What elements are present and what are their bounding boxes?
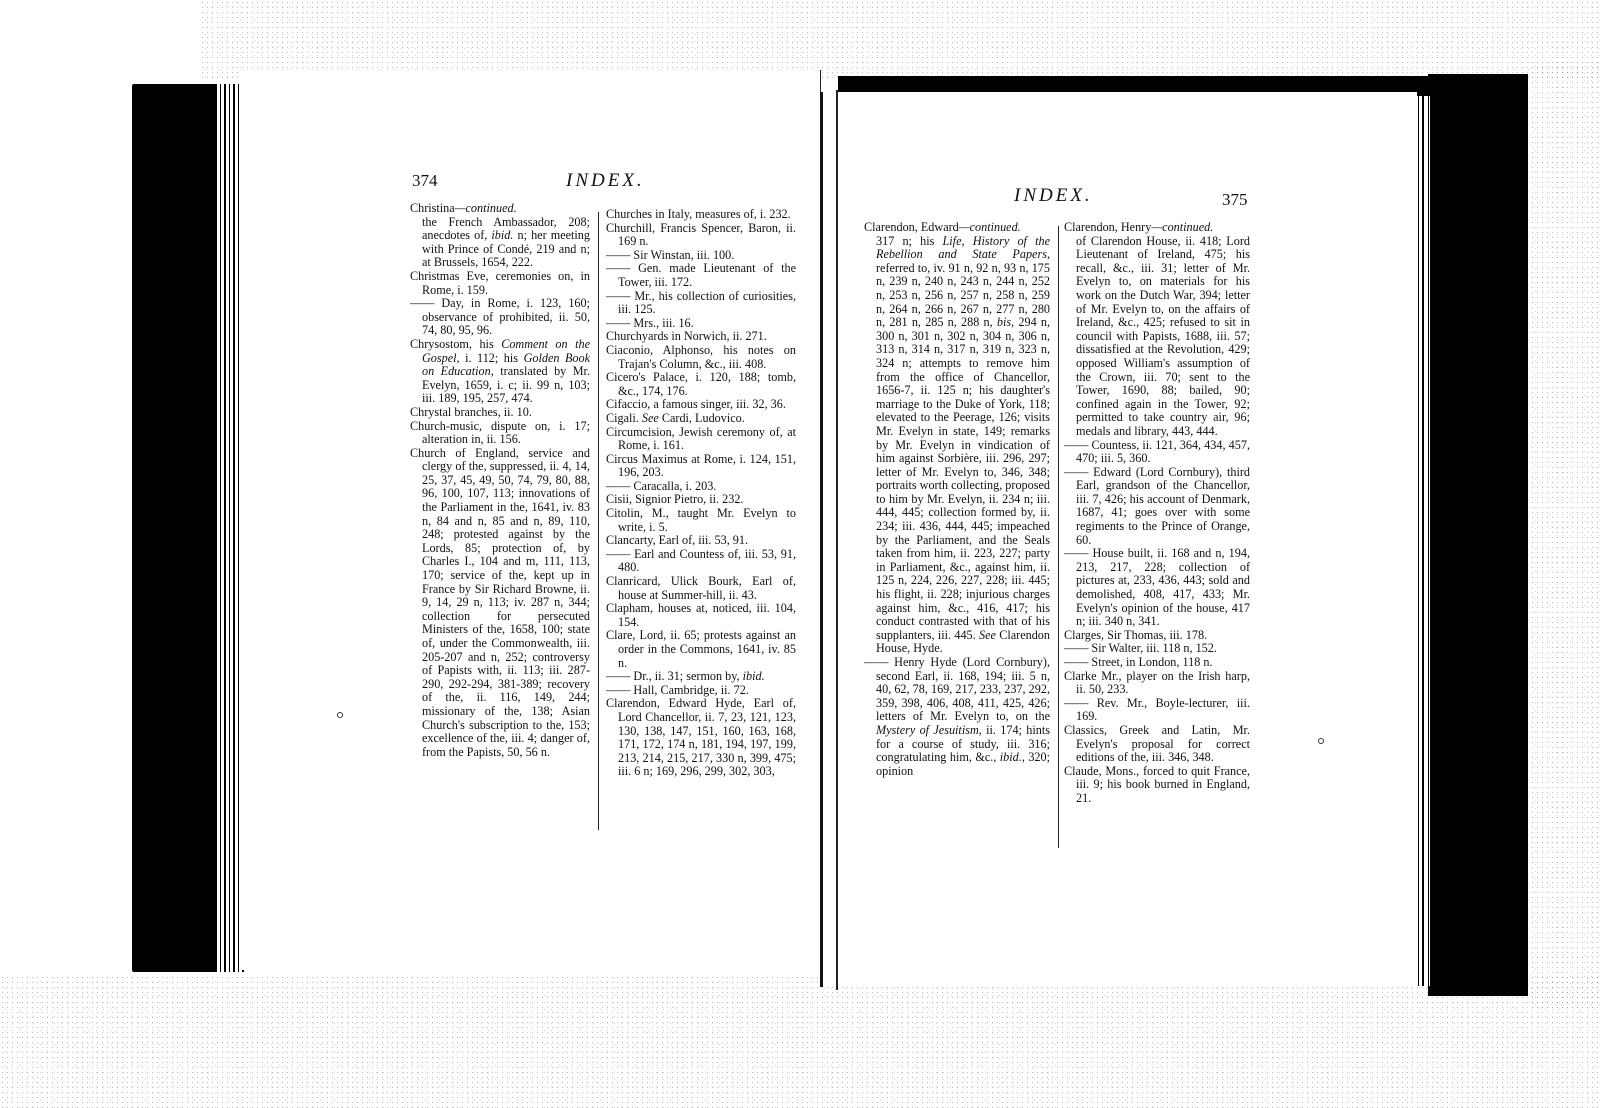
index-entry: Cigali. See Cardi, Ludovico.: [606, 412, 796, 426]
index-entry: Chrystal branches, ii. 10.: [410, 406, 590, 420]
scan-noise-right: [1530, 60, 1600, 1010]
right-page-column-2: Clarendon, Henry—continued.of Clarendon …: [1064, 221, 1250, 806]
left-page-number: 374: [412, 171, 438, 191]
index-entry: —— Street, in London, 118 n.: [1064, 656, 1250, 670]
index-entry: Claude, Mons., forced to quit France, ii…: [1064, 765, 1250, 806]
index-entry: —— Rev. Mr., Boyle-lecturer, iii. 169.: [1064, 697, 1250, 724]
index-entry: —— Sir Walter, iii. 118 n, 152.: [1064, 642, 1250, 656]
index-entry: —— Henry Hyde (Lord Cornbury), second Ea…: [864, 656, 1050, 778]
index-entry: of Clarendon House, ii. 418; Lord Lieute…: [1064, 235, 1250, 439]
index-entry: Ciaconio, Alphonso, his notes on Trajan'…: [606, 344, 796, 371]
index-entry: —— Edward (Lord Cornbury), third Earl, g…: [1064, 466, 1250, 548]
right-page-column-1: Clarendon, Edward—continued.317 n; his L…: [864, 221, 1050, 778]
index-entry: Christina—continued.: [410, 202, 590, 216]
index-entry: 317 n; his Life, History of the Rebellio…: [864, 235, 1050, 656]
index-entry: Circumcision, Jewish ceremony of, at Rom…: [606, 426, 796, 453]
index-entry: —— Earl and Countess of, iii. 53, 91, 48…: [606, 548, 796, 575]
book-gutter: [836, 90, 838, 990]
book-cover-right: [1428, 74, 1528, 996]
column-divider-left: [598, 212, 599, 830]
index-entry: Chrysostom, his Comment on the Gospel, i…: [410, 338, 590, 406]
index-entry: the French Ambassador, 208; anecdotes of…: [410, 216, 590, 270]
index-entry: —— Hall, Cambridge, ii. 72.: [606, 684, 796, 698]
index-entry: —— Caracalla, i. 203.: [606, 480, 796, 494]
index-entry: —— Gen. made Lieutenant of the Tower, ii…: [606, 262, 796, 289]
index-entry: Classics, Greek and Latin, Mr. Evelyn's …: [1064, 724, 1250, 765]
index-entry: —— Sir Winstan, iii. 100.: [606, 249, 796, 263]
index-entry: —— Countess, ii. 121, 364, 434, 457, 470…: [1064, 439, 1250, 466]
scan-noise-bottom: [0, 975, 1600, 1108]
index-entry: Clarendon, Edward Hyde, Earl of, Lord Ch…: [606, 697, 796, 779]
index-entry: Clapham, houses at, noticed, iii. 104, 1…: [606, 602, 796, 629]
index-entry: Churchyards in Norwich, ii. 271.: [606, 330, 796, 344]
index-entry: Cicero's Palace, i. 120, 188; tomb, &c.,…: [606, 371, 796, 398]
index-entry: Clarendon, Henry—continued.: [1064, 221, 1250, 235]
left-page-column-2: Churches in Italy, measures of, i. 232.C…: [606, 208, 796, 779]
index-entry: Clare, Lord, ii. 65; protests against an…: [606, 629, 796, 670]
index-entry: Church-music, dispute on, i. 17; alterat…: [410, 420, 590, 447]
index-entry: Cifaccio, a famous singer, iii. 32, 36.: [606, 398, 796, 412]
left-running-head: INDEX.: [566, 170, 645, 192]
index-entry: —— House built, ii. 168 and n, 194, 213,…: [1064, 547, 1250, 629]
index-entry: —— Mr., his collection of curiosities, i…: [606, 290, 796, 317]
index-entry: Citolin, M., taught Mr. Evelyn to write,…: [606, 507, 796, 534]
index-entry: Churches in Italy, measures of, i. 232.: [606, 208, 796, 222]
scan-noise-top: [200, 0, 1600, 80]
index-entry: Christmas Eve, ceremonies on, in Rome, i…: [410, 270, 590, 297]
index-entry: —— Day, in Rome, i. 123, 160; observance…: [410, 297, 590, 338]
index-entry: Clarke Mr., player on the Irish harp, ii…: [1064, 670, 1250, 697]
index-entry: Churchill, Francis Spencer, Baron, ii. 1…: [606, 222, 796, 249]
index-entry: —— Mrs., iii. 16.: [606, 317, 796, 331]
scan-artifact-dot: [1318, 738, 1324, 744]
index-entry: Circus Maximus at Rome, i. 124, 151, 196…: [606, 453, 796, 480]
scan-artifact-dot: [337, 712, 343, 718]
right-running-head: INDEX.: [1014, 185, 1093, 207]
index-entry: —— Dr., ii. 31; sermon by, ibid.: [606, 670, 796, 684]
index-entry: Clanricard, Ulick Bourk, Earl of, house …: [606, 575, 796, 602]
right-page-number: 375: [1222, 190, 1248, 210]
column-divider-right: [1058, 226, 1059, 848]
left-page-column-1: Christina—continued.the French Ambassado…: [410, 202, 590, 759]
index-entry: Clarendon, Edward—continued.: [864, 221, 1050, 235]
index-entry: Clarges, Sir Thomas, iii. 178.: [1064, 629, 1250, 643]
index-entry: Cisii, Signior Pietro, ii. 232.: [606, 493, 796, 507]
index-entry: Clancarty, Earl of, iii. 53, 91.: [606, 534, 796, 548]
index-entry: Church of England, service and clergy of…: [410, 447, 590, 760]
